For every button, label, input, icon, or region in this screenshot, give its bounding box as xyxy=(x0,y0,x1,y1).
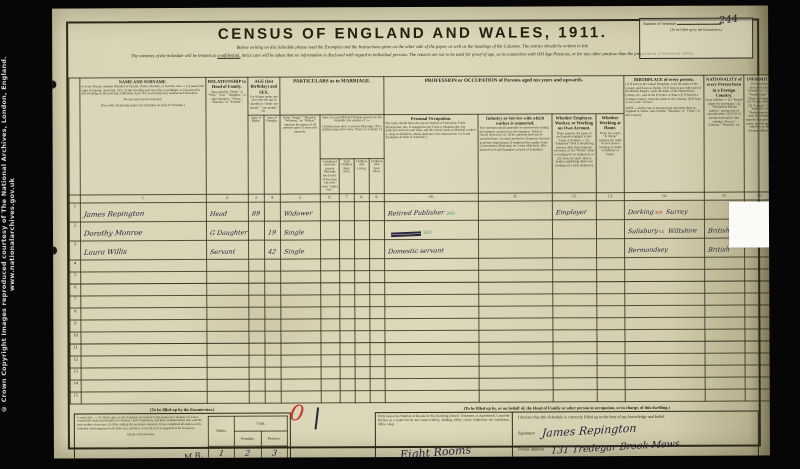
census-table: NAME AND SURNAME. of every Person, wheth… xyxy=(68,74,770,404)
col-header-ages-males: Ages of Males. xyxy=(248,115,264,194)
instruction-line-1: Before writing on this Schedule please r… xyxy=(98,43,727,52)
col-header-ages-females: Ages of Females. xyxy=(264,115,280,194)
enumerator-certification: I certify that :— (1) All the ages on th… xyxy=(77,416,205,459)
declaration-cell: I declare that this Schedule is correctl… xyxy=(513,411,758,458)
col-header-nationality: NATIONALITY of every Person born in a Fo… xyxy=(704,75,745,192)
birthplace-county: Surrey xyxy=(663,209,689,217)
col-header-birthplace: BIRTHPLACE of every person. (1) If born … xyxy=(624,75,705,192)
col-header-occupation: PROFESSION or OCCUPATION of Persons aged… xyxy=(384,76,624,115)
col-header-name: NAME AND SURNAME. of every Person, wheth… xyxy=(80,77,207,194)
signature-label: Signature xyxy=(518,430,535,435)
col-header-marriage: PARTICULARS as to MARRIAGE. xyxy=(280,77,384,115)
nationality: British xyxy=(705,246,731,254)
birthplace: Dorking xyxy=(624,209,654,217)
col-header-age: AGE (last Birthday) and SEX. For Infants… xyxy=(248,77,280,115)
enumerator-section: (To be filled up by the Enumerator.) I c… xyxy=(74,406,291,458)
schedule-number-note: (To be filled up by the Enumerator.) xyxy=(643,28,749,33)
initials-label: Initials of Enumerator. xyxy=(77,433,205,437)
enumerator-initials: M.B. xyxy=(183,451,203,459)
signature-row: Signature James Repington xyxy=(518,423,753,437)
rooms-cell: Write below the Number of Rooms in this … xyxy=(376,412,513,458)
signature-value: James Repington xyxy=(541,421,637,439)
employer-status: Employer xyxy=(552,209,587,217)
relationship: G Daughter xyxy=(206,229,247,237)
col-header-years-married: Completed years the present Marriage has… xyxy=(320,159,339,194)
age-male: 89 xyxy=(248,210,260,217)
person-name: Laura Willis xyxy=(80,248,127,257)
schedule-number-box: Number of Schedule (To be filled up by t… xyxy=(639,18,753,59)
census-row: 1 James Repington Head 89 Widower Retire… xyxy=(69,200,770,222)
census-row: 2 Dorothy Monroe G Daughter 19 Single 36… xyxy=(69,219,770,241)
marital-status: Single xyxy=(280,229,304,237)
col-header-working-at-home: Whether Working at Home. Write the words… xyxy=(596,113,624,192)
census-row: 3 Laura Willis Servant 42 Single Domesti… xyxy=(70,238,770,260)
age-female: 42 xyxy=(265,248,277,255)
total-males-value: 1 xyxy=(218,449,224,458)
registrar-code: 350 xyxy=(655,210,663,215)
enumerator-code: 360 xyxy=(423,231,432,236)
rooms-instruction: Write below the Number of Rooms in this … xyxy=(378,415,510,427)
marital-status: Single xyxy=(281,248,305,256)
col-header-relationship: RELATIONSHIP to Head of Family. State wh… xyxy=(206,77,249,194)
instruction-line-2: The contents of the Schedule will be tre… xyxy=(98,51,727,60)
totals-total-label: Total. xyxy=(235,416,288,431)
census-form-paper: 73 CENSUS OF ENGLAND AND WALES, 1911. Be… xyxy=(52,5,770,458)
birthplace: Bermondsey xyxy=(625,246,669,254)
postal-address-label: Postal Address xyxy=(518,446,544,451)
total-females-value: 2 xyxy=(245,449,251,458)
relationship: Servant xyxy=(207,248,236,256)
postal-address-row: Postal Address 131 Tredegar Brook Mews xyxy=(518,441,753,453)
col-header-marital-status: Write "Single," "Married," "Widower," or… xyxy=(280,115,320,194)
marital-status: Widower xyxy=(280,210,312,218)
hole-punch xyxy=(52,81,56,89)
copyright-strip: © Crown Copyright Images reproduced cour… xyxy=(0,0,15,469)
census-table-body: 1 James Repington Head 89 Widower Retire… xyxy=(69,200,770,404)
householder-section: (To be filled up by, or on behalf of, th… xyxy=(375,404,759,458)
declaration-text: I declare that this Schedule is correctl… xyxy=(518,413,753,419)
scanned-census-page: © Crown Copyright Images reproduced cour… xyxy=(0,0,800,469)
totals-females-label: Females. xyxy=(235,431,261,446)
occupation: Retired Publisher xyxy=(384,209,444,217)
col-header-children-died: Children who have Died. xyxy=(369,158,384,193)
row-number-column-header xyxy=(69,78,81,195)
enumerator-heading: (To be filled up by the Enumerator.) xyxy=(74,406,291,412)
census-table-header: NAME AND SURNAME. of every Person, wheth… xyxy=(69,75,770,203)
col-header-infirmity: INFIRMITY. If any person included in thi… xyxy=(744,75,770,192)
col-header-married-women-note: State, for each Married Woman entered on… xyxy=(320,114,384,158)
redaction-box xyxy=(729,201,770,247)
age-female: 19 xyxy=(265,229,277,236)
person-name: Dorothy Monroe xyxy=(80,229,143,238)
enumerator-box: I certify that :— (1) All the ages on th… xyxy=(74,412,291,458)
totals-table: Males. Total. Females. Persons. 1 2 3 xyxy=(208,415,288,458)
total-persons-value: 3 xyxy=(271,449,277,458)
person-name: James Repington xyxy=(80,210,145,219)
enumerator-code: 360 xyxy=(446,212,455,217)
form-border: CENSUS OF ENGLAND AND WALES, 1911. Befor… xyxy=(66,18,761,449)
struck-out-entry xyxy=(391,232,421,235)
birthplace: Salisbury xyxy=(625,228,659,236)
bottom-sections: (To be filled up by the Enumerator.) I c… xyxy=(70,404,759,458)
nationality: British xyxy=(705,227,731,235)
col-header-employer-worker: Whether Employer, Worker, or Working on … xyxy=(552,113,596,192)
birthplace-county: Wiltshire xyxy=(665,227,698,235)
form-header: CENSUS OF ENGLAND AND WALES, 1911. Befor… xyxy=(68,23,757,76)
hole-punch xyxy=(52,247,57,255)
census-row: 15 xyxy=(70,389,770,404)
rooms-value: Eight Rooms xyxy=(400,443,472,458)
householder-box: Write below the Number of Rooms in this … xyxy=(375,410,759,458)
col-header-industry: Industry or Service with which worker is… xyxy=(478,114,552,194)
totals-persons-label: Persons. xyxy=(261,431,287,446)
col-header-children-living: Children still Living. xyxy=(354,158,369,193)
relationship: Head xyxy=(206,211,227,218)
schedule-number-value: 244 xyxy=(718,14,738,27)
registrar-code: 52 xyxy=(659,229,664,234)
totals-males-label: Males. xyxy=(208,416,234,446)
occupation: Domestic servant xyxy=(385,247,445,255)
postal-address-value: 131 Tredegar Brook Mews xyxy=(551,438,680,456)
col-header-children-born: Total Children Born Alive. xyxy=(339,158,354,193)
col-header-personal-occupation: Personal Occupation. The reply should sh… xyxy=(384,114,478,194)
